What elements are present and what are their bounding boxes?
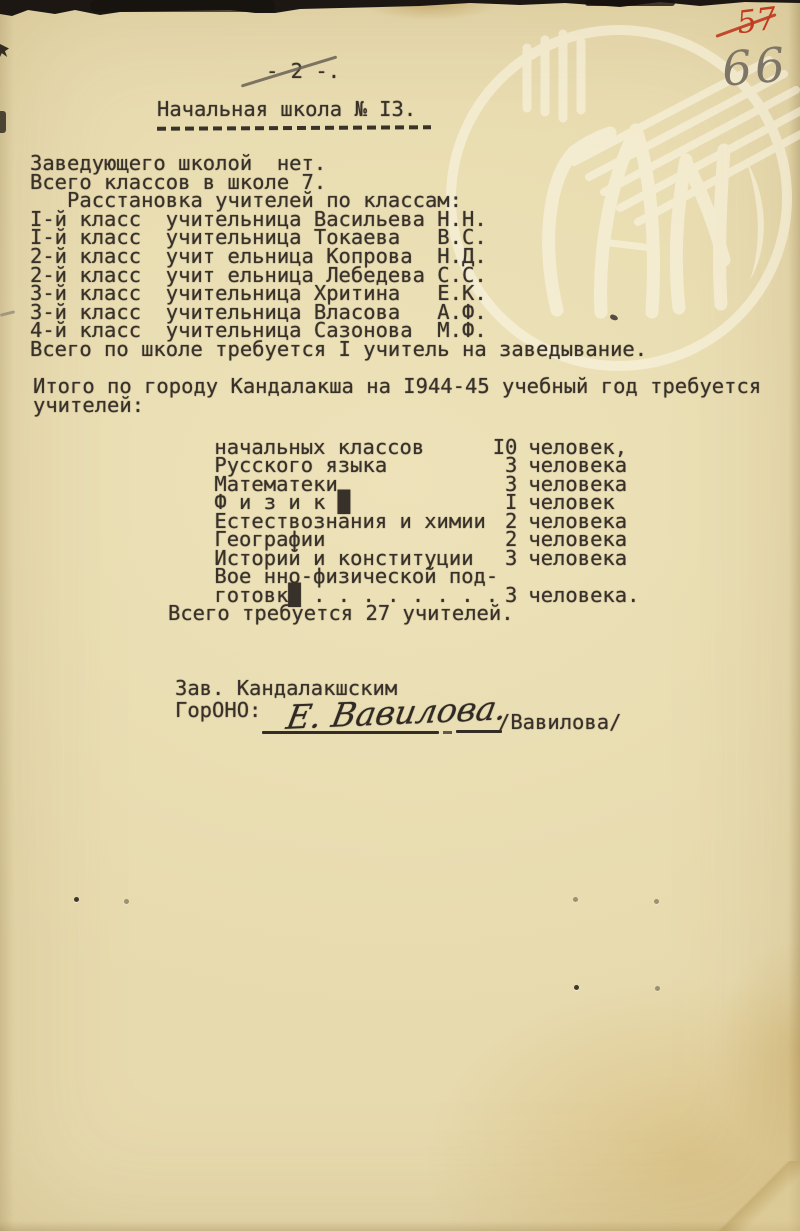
teacher-requirements-list: начальных классовI0человек, Русского язы…	[165, 419, 639, 586]
requirement-row: начальных классовI0человек,	[165, 419, 639, 438]
page-corner-shading	[690, 1161, 800, 1231]
total-teachers-line: Всего требуется 27 учителей.	[168, 601, 514, 625]
summary-intro-line: учителей:	[33, 396, 761, 415]
pinhole	[573, 897, 578, 902]
signature-typed-name: /Вавилова/	[498, 710, 621, 734]
document-title: Начальная школа № I3.	[157, 97, 416, 121]
city-summary-intro: Итого по городу Кандалакша на I944-45 уч…	[33, 377, 761, 414]
pinhole	[124, 899, 129, 904]
requirement-unit: человека	[528, 549, 627, 568]
requirement-unit: человека.	[528, 586, 639, 605]
archive-page-number-pencil: 66	[720, 37, 790, 98]
school-staffing-section: Заведующего школой нет. Всего классов в …	[30, 154, 647, 359]
pinhole	[654, 899, 659, 904]
page-number: - 2 -.	[266, 59, 340, 83]
signature-line-dot	[443, 731, 452, 734]
pinhole	[574, 985, 579, 990]
scanned-archive-document: { "document": { "archive_page_numbers": …	[0, 0, 800, 1231]
ink-blot-left-edge	[0, 111, 6, 133]
pinhole	[74, 897, 79, 902]
pinhole	[655, 986, 660, 991]
signature-line	[456, 730, 502, 733]
body-line: Всего по школе требуется I учитель на за…	[30, 340, 647, 359]
